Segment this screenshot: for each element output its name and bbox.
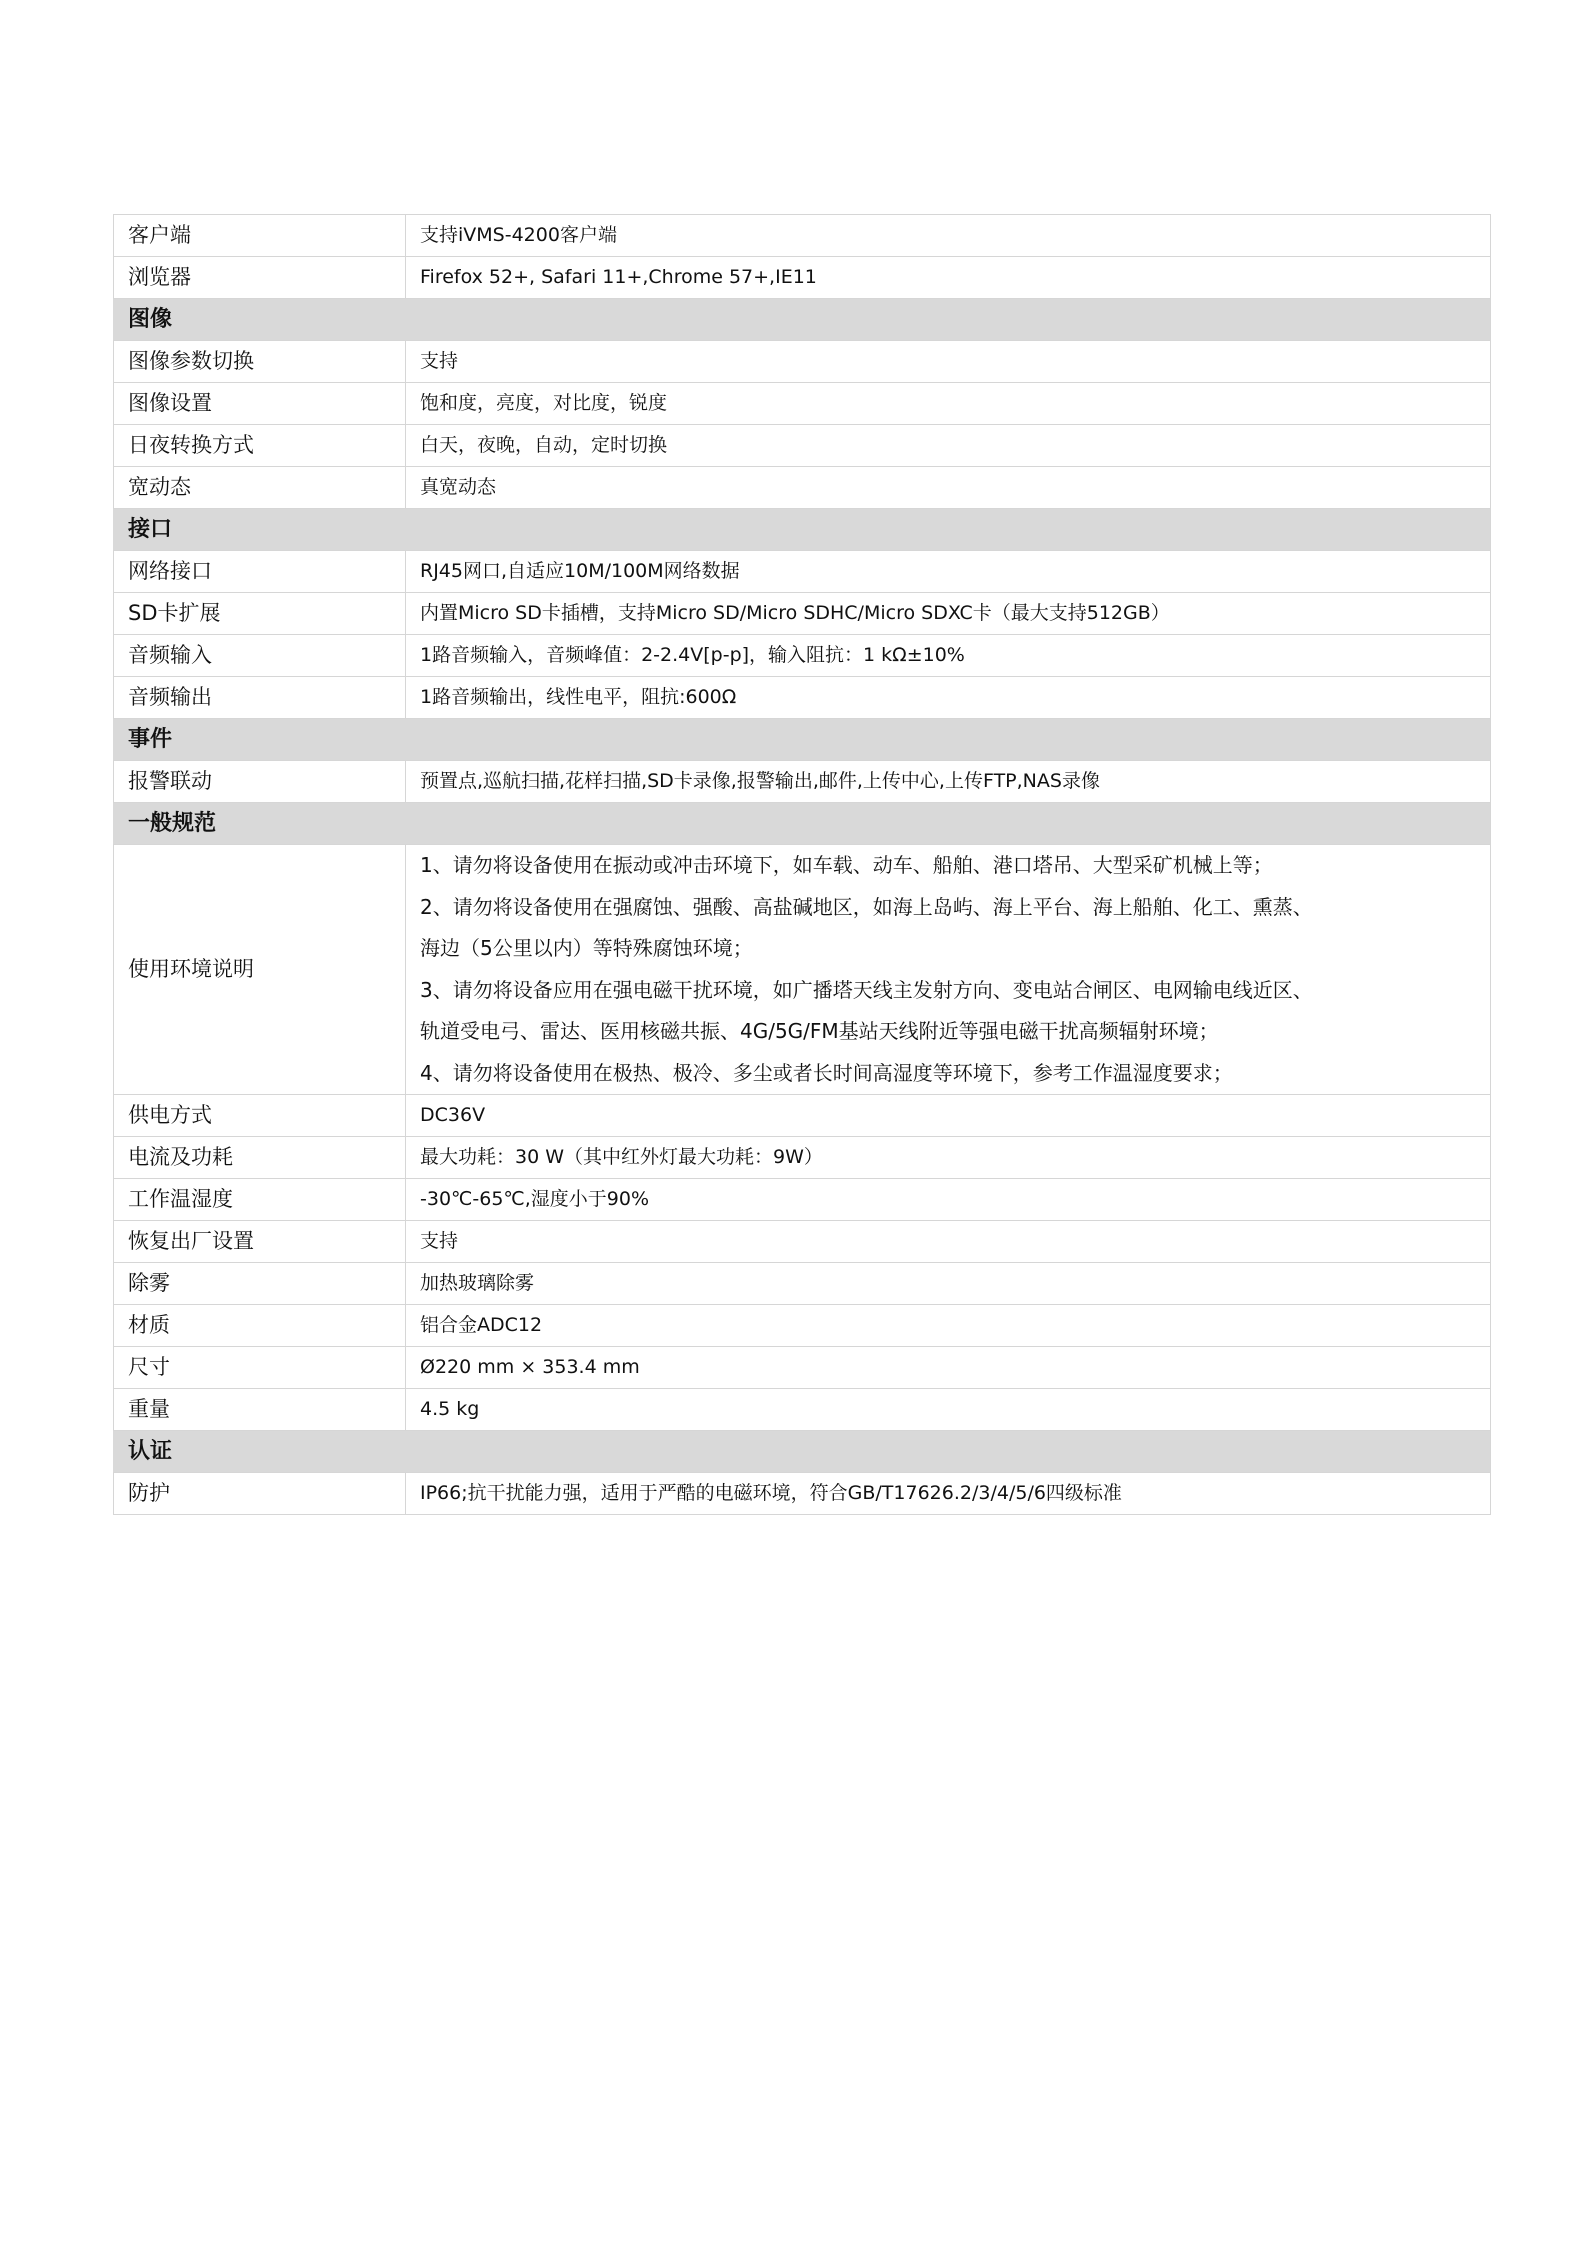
spec-value: DC36V — [406, 1095, 1491, 1137]
spec-label: SD卡扩展 — [114, 593, 406, 635]
spec-value: 支持iVMS-4200客户端 — [406, 215, 1491, 257]
spec-label: 音频输出 — [114, 677, 406, 719]
spec-value: 加热玻璃除雾 — [406, 1263, 1491, 1305]
section-header-general: 一般规范 — [114, 803, 1491, 845]
spec-label: 工作温湿度 — [114, 1179, 406, 1221]
spec-label: 日夜转换方式 — [114, 425, 406, 467]
spec-row-image-param-switch: 图像参数切换 支持 — [114, 341, 1491, 383]
spec-row-power-consumption: 电流及功耗 最大功耗：30 W（其中红外灯最大功耗：9W） — [114, 1137, 1491, 1179]
spec-row-browser: 浏览器 Firefox 52+, Safari 11+,Chrome 57+,I… — [114, 257, 1491, 299]
section-title: 图像 — [114, 299, 1491, 341]
spec-value: 白天，夜晚，自动，定时切换 — [406, 425, 1491, 467]
spec-label: 供电方式 — [114, 1095, 406, 1137]
spec-label: 材质 — [114, 1305, 406, 1347]
spec-row-wdr: 宽动态 真宽动态 — [114, 467, 1491, 509]
spec-value: 最大功耗：30 W（其中红外灯最大功耗：9W） — [406, 1137, 1491, 1179]
environment-note-line: 轨道受电弓、雷达、医用核磁共振、4G/5G/FM基站天线附近等强电磁干扰高频辐射… — [420, 1011, 1490, 1053]
spec-row-day-night: 日夜转换方式 白天，夜晚，自动，定时切换 — [114, 425, 1491, 467]
spec-row-operating-conditions: 工作温湿度 -30℃-65℃,湿度小于90% — [114, 1179, 1491, 1221]
spec-label: 电流及功耗 — [114, 1137, 406, 1179]
spec-row-defog: 除雾 加热玻璃除雾 — [114, 1263, 1491, 1305]
section-header-image: 图像 — [114, 299, 1491, 341]
spec-row-dimensions: 尺寸 Ø220 mm × 353.4 mm — [114, 1347, 1491, 1389]
section-title: 认证 — [114, 1431, 1491, 1473]
spec-label: 网络接口 — [114, 551, 406, 593]
spec-row-audio-in: 音频输入 1路音频输入，音频峰值：2-2.4V[p-p]，输入阻抗：1 kΩ±1… — [114, 635, 1491, 677]
spec-label: 恢复出厂设置 — [114, 1221, 406, 1263]
spec-value: 4.5 kg — [406, 1389, 1491, 1431]
spec-label: 宽动态 — [114, 467, 406, 509]
spec-label: 除雾 — [114, 1263, 406, 1305]
spec-label: 报警联动 — [114, 761, 406, 803]
spec-value: 预置点,巡航扫描,花样扫描,SD卡录像,报警输出,邮件,上传中心,上传FTP,N… — [406, 761, 1491, 803]
spec-value: 真宽动态 — [406, 467, 1491, 509]
spec-row-power-supply: 供电方式 DC36V — [114, 1095, 1491, 1137]
environment-note-line: 4、请勿将设备使用在极热、极冷、多尘或者长时间高湿度等环境下，参考工作温湿度要求… — [420, 1053, 1490, 1095]
environment-note-line: 1、请勿将设备使用在振动或冲击环境下，如车载、动车、船舶、港口塔吊、大型采矿机械… — [420, 845, 1490, 887]
spec-value: 铝合金ADC12 — [406, 1305, 1491, 1347]
spec-value: 支持 — [406, 341, 1491, 383]
spec-row-client: 客户端 支持iVMS-4200客户端 — [114, 215, 1491, 257]
section-header-certification: 认证 — [114, 1431, 1491, 1473]
spec-value: 内置Micro SD卡插槽，支持Micro SD/Micro SDHC/Micr… — [406, 593, 1491, 635]
spec-value: 1路音频输出，线性电平，阻抗:600Ω — [406, 677, 1491, 719]
spec-row-factory-reset: 恢复出厂设置 支持 — [114, 1221, 1491, 1263]
spec-label: 使用环境说明 — [114, 845, 406, 1095]
spec-table: 客户端 支持iVMS-4200客户端 浏览器 Firefox 52+, Safa… — [113, 214, 1491, 1515]
spec-value: Ø220 mm × 353.4 mm — [406, 1347, 1491, 1389]
environment-note-line: 3、请勿将设备应用在强电磁干扰环境，如广播塔天线主发射方向、变电站合闸区、电网输… — [420, 970, 1490, 1012]
spec-value: -30℃-65℃,湿度小于90% — [406, 1179, 1491, 1221]
spec-row-alarm-linkage: 报警联动 预置点,巡航扫描,花样扫描,SD卡录像,报警输出,邮件,上传中心,上传… — [114, 761, 1491, 803]
spec-label: 防护 — [114, 1473, 406, 1515]
section-header-event: 事件 — [114, 719, 1491, 761]
spec-row-protection: 防护 IP66;抗干扰能力强，适用于严酷的电磁环境，符合GB/T17626.2/… — [114, 1473, 1491, 1515]
section-title: 接口 — [114, 509, 1491, 551]
spec-label: 客户端 — [114, 215, 406, 257]
spec-row-environment: 使用环境说明 1、请勿将设备使用在振动或冲击环境下，如车载、动车、船舶、港口塔吊… — [114, 845, 1491, 1095]
environment-note-line: 海边（5公里以内）等特殊腐蚀环境； — [420, 928, 1490, 970]
spec-row-image-settings: 图像设置 饱和度，亮度，对比度，锐度 — [114, 383, 1491, 425]
spec-label: 浏览器 — [114, 257, 406, 299]
spec-value: IP66;抗干扰能力强，适用于严酷的电磁环境，符合GB/T17626.2/3/4… — [406, 1473, 1491, 1515]
spec-value-multiline: 1、请勿将设备使用在振动或冲击环境下，如车载、动车、船舶、港口塔吊、大型采矿机械… — [406, 845, 1491, 1095]
spec-value: 1路音频输入，音频峰值：2-2.4V[p-p]，输入阻抗：1 kΩ±10% — [406, 635, 1491, 677]
spec-value: 支持 — [406, 1221, 1491, 1263]
section-title: 事件 — [114, 719, 1491, 761]
spec-label: 音频输入 — [114, 635, 406, 677]
spec-value: 饱和度，亮度，对比度，锐度 — [406, 383, 1491, 425]
spec-label: 图像设置 — [114, 383, 406, 425]
spec-row-weight: 重量 4.5 kg — [114, 1389, 1491, 1431]
spec-label: 图像参数切换 — [114, 341, 406, 383]
section-title: 一般规范 — [114, 803, 1491, 845]
spec-value: RJ45网口,自适应10M/100M网络数据 — [406, 551, 1491, 593]
spec-label: 尺寸 — [114, 1347, 406, 1389]
section-header-interface: 接口 — [114, 509, 1491, 551]
spec-row-material: 材质 铝合金ADC12 — [114, 1305, 1491, 1347]
spec-row-sd-card: SD卡扩展 内置Micro SD卡插槽，支持Micro SD/Micro SDH… — [114, 593, 1491, 635]
environment-note-line: 2、请勿将设备使用在强腐蚀、强酸、高盐碱地区，如海上岛屿、海上平台、海上船舶、化… — [420, 887, 1490, 929]
spec-row-audio-out: 音频输出 1路音频输出，线性电平，阻抗:600Ω — [114, 677, 1491, 719]
spec-row-network: 网络接口 RJ45网口,自适应10M/100M网络数据 — [114, 551, 1491, 593]
spec-label: 重量 — [114, 1389, 406, 1431]
spec-value: Firefox 52+, Safari 11+,Chrome 57+,IE11 — [406, 257, 1491, 299]
